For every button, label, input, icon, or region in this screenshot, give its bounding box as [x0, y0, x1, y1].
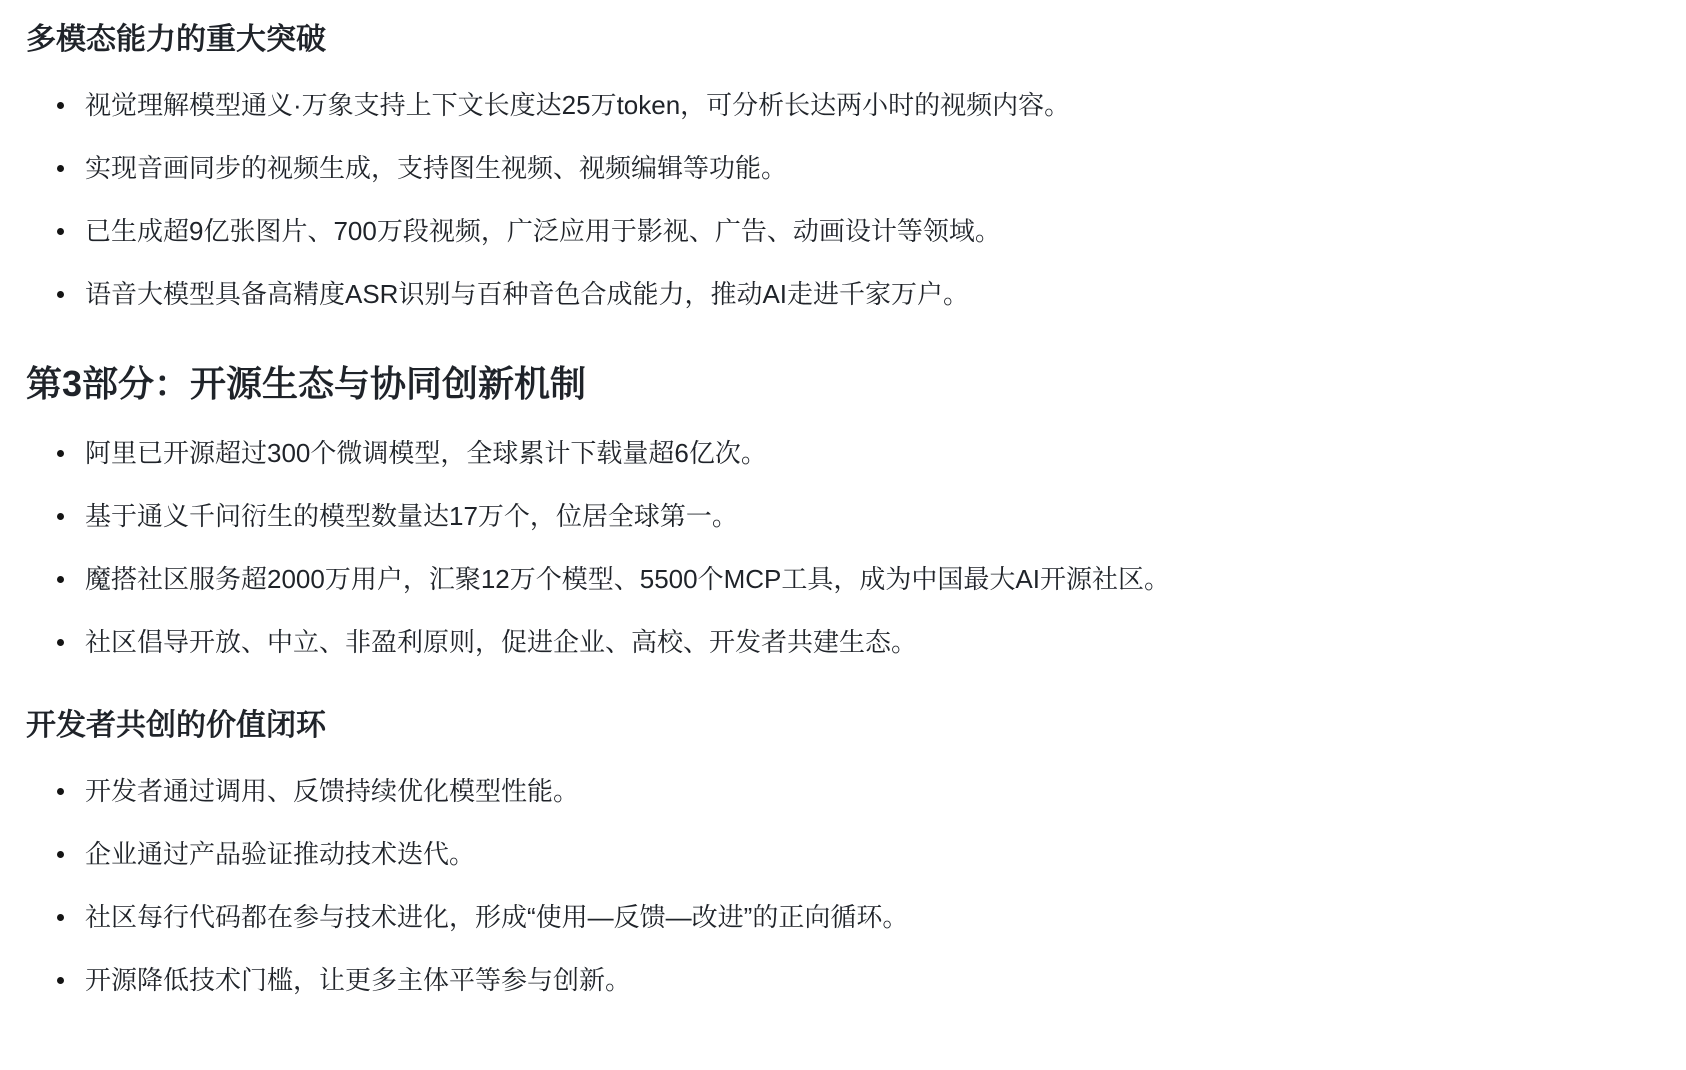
bullet-item: 开源降低技术门槛，让更多主体平等参与创新。 [26, 963, 1646, 998]
bullet-item: 语音大模型具备高精度ASR识别与百种音色合成能力，推动AI走进千家万户。 [26, 277, 1646, 312]
section-open-source-ecosystem: 第3部分：开源生态与协同创新机制 阿里已开源超过300个微调模型，全球累计下载量… [26, 360, 1646, 660]
bullet-dot-icon [57, 165, 64, 172]
section-multimodal-breakthrough: 多模态能力的重大突破 视觉理解模型通义·万象支持上下文长度达25万token，可… [26, 20, 1646, 312]
bullet-dot-icon [57, 450, 64, 457]
bullet-item: 社区每行代码都在参与技术进化，形成“使用—反馈—改进”的正向循环。 [26, 900, 1646, 935]
bullet-dot-icon [57, 291, 64, 298]
bullet-text: 视觉理解模型通义·万象支持上下文长度达25万token，可分析长达两小时的视频内… [85, 90, 1070, 120]
section-heading: 多模态能力的重大突破 [26, 20, 1646, 60]
bullet-text: 开源降低技术门槛，让更多主体平等参与创新。 [85, 965, 631, 995]
bullet-list: 阿里已开源超过300个微调模型，全球累计下载量超6亿次。 基于通义千问衍生的模型… [26, 436, 1646, 660]
bullet-list: 视觉理解模型通义·万象支持上下文长度达25万token，可分析长达两小时的视频内… [26, 88, 1646, 312]
section-heading: 开发者共创的价值闭环 [26, 706, 1646, 746]
bullet-item: 开发者通过调用、反馈持续优化模型性能。 [26, 774, 1646, 809]
bullet-text: 社区倡导开放、中立、非盈利原则，促进企业、高校、开发者共建生态。 [85, 627, 917, 657]
bullet-dot-icon [57, 576, 64, 583]
bullet-text: 阿里已开源超过300个微调模型，全球累计下载量超6亿次。 [85, 438, 767, 468]
bullet-dot-icon [57, 851, 64, 858]
bullet-item: 基于通义千问衍生的模型数量达17万个，位居全球第一。 [26, 499, 1646, 534]
bullet-text: 企业通过产品验证推动技术迭代。 [85, 839, 475, 869]
bullet-dot-icon [57, 914, 64, 921]
bullet-item: 社区倡导开放、中立、非盈利原则，促进企业、高校、开发者共建生态。 [26, 625, 1646, 660]
bullet-text: 语音大模型具备高精度ASR识别与百种音色合成能力，推动AI走进千家万户。 [85, 279, 969, 309]
bullet-item: 实现音画同步的视频生成，支持图生视频、视频编辑等功能。 [26, 151, 1646, 186]
bullet-text: 开发者通过调用、反馈持续优化模型性能。 [85, 776, 579, 806]
bullet-item: 已生成超9亿张图片、700万段视频，广泛应用于影视、广告、动画设计等领域。 [26, 214, 1646, 249]
document-body: 多模态能力的重大突破 视觉理解模型通义·万象支持上下文长度达25万token，可… [0, 0, 1686, 1070]
bullet-item: 视觉理解模型通义·万象支持上下文长度达25万token，可分析长达两小时的视频内… [26, 88, 1646, 123]
bullet-text: 已生成超9亿张图片、700万段视频，广泛应用于影视、广告、动画设计等领域。 [85, 216, 1001, 246]
bullet-dot-icon [57, 513, 64, 520]
bullet-dot-icon [57, 102, 64, 109]
section-developer-value-loop: 开发者共创的价值闭环 开发者通过调用、反馈持续优化模型性能。 企业通过产品验证推… [26, 706, 1646, 998]
bullet-text: 社区每行代码都在参与技术进化，形成“使用—反馈—改进”的正向循环。 [85, 902, 908, 932]
bullet-text: 基于通义千问衍生的模型数量达17万个，位居全球第一。 [85, 501, 738, 531]
section-heading: 第3部分：开源生态与协同创新机制 [26, 360, 1646, 408]
bullet-item: 阿里已开源超过300个微调模型，全球累计下载量超6亿次。 [26, 436, 1646, 471]
bullet-item: 企业通过产品验证推动技术迭代。 [26, 837, 1646, 872]
bullet-text: 魔搭社区服务超2000万用户，汇聚12万个模型、5500个MCP工具，成为中国最… [85, 564, 1170, 594]
bullet-list: 开发者通过调用、反馈持续优化模型性能。 企业通过产品验证推动技术迭代。 社区每行… [26, 774, 1646, 998]
bullet-dot-icon [57, 228, 64, 235]
bullet-text: 实现音画同步的视频生成，支持图生视频、视频编辑等功能。 [85, 153, 787, 183]
bullet-item: 魔搭社区服务超2000万用户，汇聚12万个模型、5500个MCP工具，成为中国最… [26, 562, 1646, 597]
bullet-dot-icon [57, 639, 64, 646]
bullet-dot-icon [57, 788, 64, 795]
bullet-dot-icon [57, 977, 64, 984]
